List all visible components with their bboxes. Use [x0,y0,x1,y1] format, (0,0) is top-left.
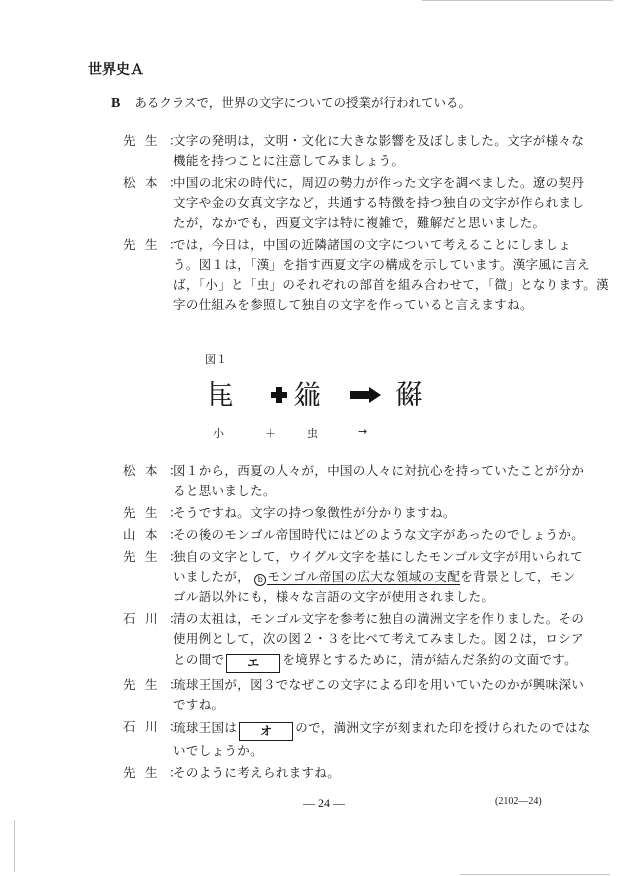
speaker-colon: ： [169,173,182,193]
dialogue-turn: 先生 ： 琉球王国が，図３でなぜこの文字による印を用いていたのかが興味深い です… [123,675,563,715]
annotation-marker-b: b [254,574,266,586]
speaker-name: 先生 [123,675,169,695]
dialogue-turn: 松本 ： 図１から，西夏の人々が，中国の人々に対抗心を持っていたことが分か ると… [123,461,563,501]
speaker-name: 山本 [123,525,169,545]
utterance: そうですね。文字の持つ象徴性が分かりますね。 [173,503,563,523]
scan-edge-bottom [460,874,610,875]
speaker-colon: ： [169,461,182,481]
dialogue-turn: 山本 ： その後のモンゴル帝国時代にはどのような文字があったのでしょうか。 [123,525,563,545]
speaker-colon: ： [169,609,182,629]
arrow-right-icon [350,387,382,403]
speaker-name: 先生 [123,235,169,255]
tangut-glyph-han: 𘇂 [395,379,423,411]
speaker-name: 松本 [123,461,169,481]
speaker-colon: ： [169,503,182,523]
speaker-colon: ： [169,525,182,545]
speaker-name: 先生 [123,547,169,567]
dialogue-turn: 先生 ： では，今日は，中国の近隣諸国の文字について考えることにしましょ う。図… [123,235,563,315]
section-intro-text: あるクラスで，世界の文字についての授業が行われている。 [134,95,471,110]
figure-caption-arrow: → [358,425,367,438]
speaker-name: 石川 [123,609,169,629]
speaker-colon: ： [169,131,182,151]
figure-label: 図１ [205,351,227,367]
utterance: 中国の北宋の時代に，周辺の勢力が作った文字を調べました。遼の契丹 文字や金の女真… [173,173,563,233]
speaker-colon: ： [169,763,182,783]
speaker-name: 松本 [123,173,169,193]
speaker-name: 先生 [123,503,169,523]
dialogue-bottom: 松本 ： 図１から，西夏の人々が，中国の人々に対抗心を持っていたことが分か ると… [123,461,563,783]
speaker-name: 先生 [123,131,169,151]
speaker-colon: ： [169,717,182,737]
section-intro: Bあるクラスで，世界の文字についての授業が行われている。 [111,93,471,112]
scan-edge-top [422,0,613,1]
figure-caption-small: 小 [213,425,224,441]
dialogue-turn: 松本 ： 中国の北宋の時代に，周辺の勢力が作った文字を調べました。遼の契丹 文字… [123,173,563,233]
scan-edge-left [14,820,15,872]
utterance: 文字の発明は，文明・文化に大きな影響を及ぼしました。文字が様々な 機能を持つこと… [173,131,563,171]
figure-1: 図１ 𗹭 𗥤 𘇂 小 ＋ 虫 → 𢗀＝漢 [205,349,465,439]
utterance: その後のモンゴル帝国時代にはどのような文字があったのでしょうか。 [173,525,563,545]
utterance: では，今日は，中国の近隣諸国の文字について考えることにしましょ う。図１は，「漢… [173,235,563,315]
underlined-phrase: モンゴル帝国の広大な領域の支配 [267,569,460,585]
dialogue-turn: 先生 ： 独自の文字として，ウイグル文字を基にしたモンゴル文字が用いられて いま… [123,547,563,607]
utterance: 独自の文字として，ウイグル文字を基にしたモンゴル文字が用いられて いましたが， … [173,547,563,607]
section-letter: B [111,96,120,111]
answer-blank-o: オ [239,722,293,741]
speaker-colon: ： [169,547,182,567]
speaker-colon: ： [169,235,182,255]
page-subject-heading: 世界史Ａ [88,59,144,79]
plus-icon [271,387,287,403]
utterance: そのように考えられますね。 [173,763,563,783]
utterance: 図１から，西夏の人々が，中国の人々に対抗心を持っていたことが分か ると思いました… [173,461,563,501]
tangut-glyph-small: 𗹭 [207,379,235,411]
utterance: 琉球王国はオので，満洲文字が刻まれた印を授けられたのではな いでしょうか。 [173,717,563,761]
dialogue-turn: 石川 ： 清の太祖は，モンゴル文字を参考に独自の満洲文字を作りました。その 使用… [123,609,563,673]
dialogue-turn: 先生 ： そのように考えられますね。 [123,763,563,783]
answer-blank-e: エ [226,654,280,673]
dialogue-turn: 先生 ： 文字の発明は，文明・文化に大きな影響を及ぼしました。文字が様々な 機能… [123,131,563,171]
page-number: — 24 — [303,796,345,811]
dialogue-turn: 石川 ： 琉球王国はオので，満洲文字が刻まれた印を授けられたのではな いでしょう… [123,717,563,761]
speaker-name: 先生 [123,763,169,783]
figure-caption-insect: 虫 [307,425,318,441]
exam-code: (2102—24) [495,796,542,807]
dialogue-turn: 先生 ： そうですね。文字の持つ象徴性が分かりますね。 [123,503,563,523]
tangut-glyph-insect: 𗥤 [293,379,321,411]
utterance: 琉球王国が，図３でなぜこの文字による印を用いていたのかが興味深い ですね。 [173,675,563,715]
speaker-colon: ： [169,675,182,695]
speaker-name: 石川 [123,717,169,737]
dialogue-top: 先生 ： 文字の発明は，文明・文化に大きな影響を及ぼしました。文字が様々な 機能… [123,131,563,315]
utterance: 清の太祖は，モンゴル文字を参考に独自の満洲文字を作りました。その 使用例として，… [173,609,563,673]
figure-caption-plus: ＋ [265,425,276,441]
